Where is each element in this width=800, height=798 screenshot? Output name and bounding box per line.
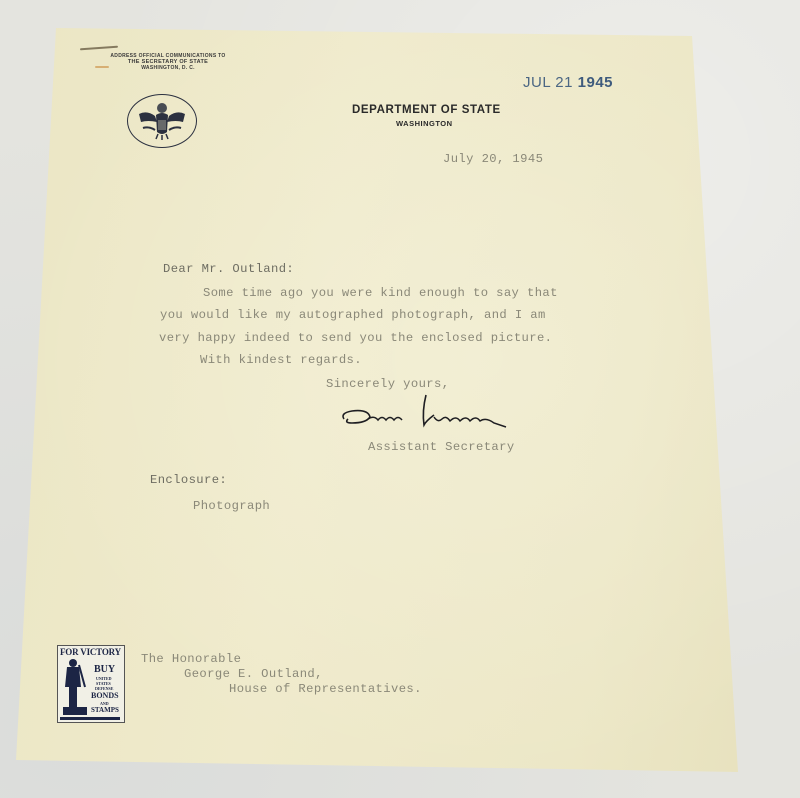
body-line: very happy indeed to send you the enclos… [159, 331, 552, 345]
recipient-line: The Honorable [141, 652, 241, 666]
letter-date: July 20, 1945 [443, 152, 543, 166]
great-seal-eagle-icon [127, 94, 197, 148]
emblem-bonds: BONDS [91, 691, 119, 700]
enclosure-label: Enclosure: [150, 473, 227, 487]
department-city: Washington [396, 119, 453, 128]
emblem-stamps: STAMPS [91, 706, 119, 714]
emblem-base-bar [60, 717, 120, 720]
closing: Sincerely yours, [326, 377, 449, 391]
address-note-line: Washington, D. C. [103, 65, 233, 71]
received-date-stamp: JUL 21 1945 [523, 74, 613, 91]
salutation: Dear Mr. Outland: [163, 262, 294, 276]
department-title: Department of State [352, 104, 501, 116]
handwritten-signature [338, 393, 528, 446]
stamp-month-day: JUL 21 [523, 74, 573, 91]
emblem-header: FOR VICTORY [60, 647, 121, 657]
minuteman-statue-icon [61, 657, 89, 717]
signer-title: Assistant Secretary [368, 440, 515, 454]
stamp-year: 1945 [578, 74, 613, 91]
emblem-buy: BUY [94, 664, 115, 675]
ink-smudge [80, 47, 210, 51]
body-line: With kindest regards. [200, 353, 362, 367]
body-line: Some time ago you were kind enough to sa… [203, 286, 558, 300]
enclosure-item: Photograph [193, 499, 270, 513]
war-bonds-emblem: FOR VICTORY BUY UNITED STATES DEFENSE BO… [57, 645, 125, 723]
address-note: Address official communications to The S… [103, 53, 233, 71]
recipient-line: George E. Outland, [184, 667, 323, 681]
recipient-line: House of Representatives. [229, 682, 422, 696]
body-line: you would like my autographed photograph… [160, 308, 546, 322]
